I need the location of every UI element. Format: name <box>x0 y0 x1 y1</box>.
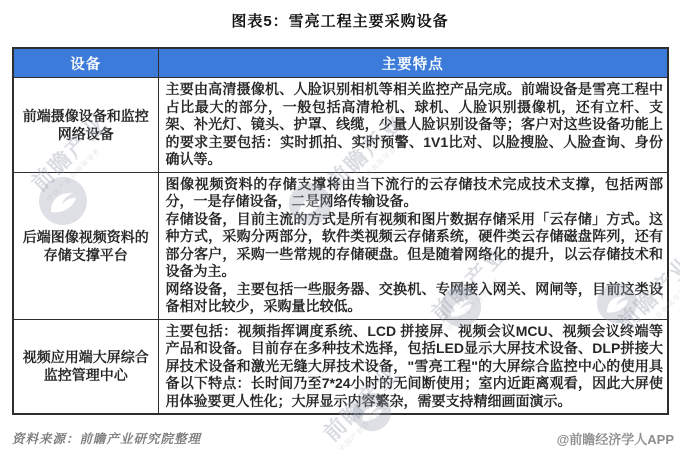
device-cell-bigscreen: 视频应用端大屏综合监控管理中心 <box>13 319 158 414</box>
feature-paragraph: 存储设备，目前主流的方式是所有视频和图片数据存储采用「云存储」方式。这种方式，采… <box>166 211 664 281</box>
watermark-cluster: 前瞻产业 中国产业咨询领导者 <box>344 420 440 454</box>
table-row-backend: 后端图像视频资料的存储支撑平台 图像视频资料的存储支撑将由当下流行的云存储技术完… <box>13 172 668 319</box>
device-cell-frontend: 前端摄像设备和监控网络设备 <box>13 78 158 173</box>
feature-paragraph: 网络设备，主要包括一些服务器、交换机、专网接入网关、网闸等，目前这类设备相对比较… <box>166 281 664 316</box>
features-cell-frontend: 主要由高清摄像机、人脸识别相机等相关监控产品完成。前端设备是雪亮工程中占比最大的… <box>158 78 668 173</box>
header-row: 设备 主要特点 <box>13 48 668 78</box>
device-cell-backend: 后端图像视频资料的存储支撑平台 <box>13 172 158 319</box>
table-row-bigscreen: 视频应用端大屏综合监控管理中心 主要包括：视频指挥调度系统、LCD 拼接屏、视频… <box>13 319 668 414</box>
feature-paragraph: 主要由高清摄像机、人脸识别相机等相关监控产品完成。前端设备是雪亮工程中占比最大的… <box>166 81 664 169</box>
feature-paragraph: 图像视频资料的存储支撑将由当下流行的云存储技术完成技术支撑，包括两部分，一是存储… <box>166 176 664 211</box>
equipment-table: 设备 主要特点 前端摄像设备和监控网络设备 主要由高清摄像机、人脸识别相机等相关… <box>12 47 669 415</box>
features-cell-bigscreen: 主要包括：视频指挥调度系统、LCD 拼接屏、视频会议MCU、视频会议终端等产品和… <box>158 319 668 414</box>
source-note: 资料来源：前瞻产业研究院整理 <box>12 429 201 447</box>
col-header-features: 主要特点 <box>158 48 668 78</box>
table-row-frontend: 前端摄像设备和监控网络设备 主要由高清摄像机、人脸识别相机等相关监控产品完成。前… <box>13 78 668 173</box>
feature-paragraph: 主要包括：视频指挥调度系统、LCD 拼接屏、视频会议MCU、视频会议终端等产品和… <box>166 323 664 411</box>
page-title: 图表5：雪亮工程主要采购设备 <box>0 10 680 31</box>
brand-credit: @前瞻经济学人APP <box>557 429 674 448</box>
features-cell-backend: 图像视频资料的存储支撑将由当下流行的云存储技术完成技术支撑，包括两部分，一是存储… <box>158 172 668 319</box>
page: { "title": "图表5：雪亮工程主要采购设备", "table": { … <box>0 0 680 457</box>
col-header-device: 设备 <box>13 48 158 78</box>
